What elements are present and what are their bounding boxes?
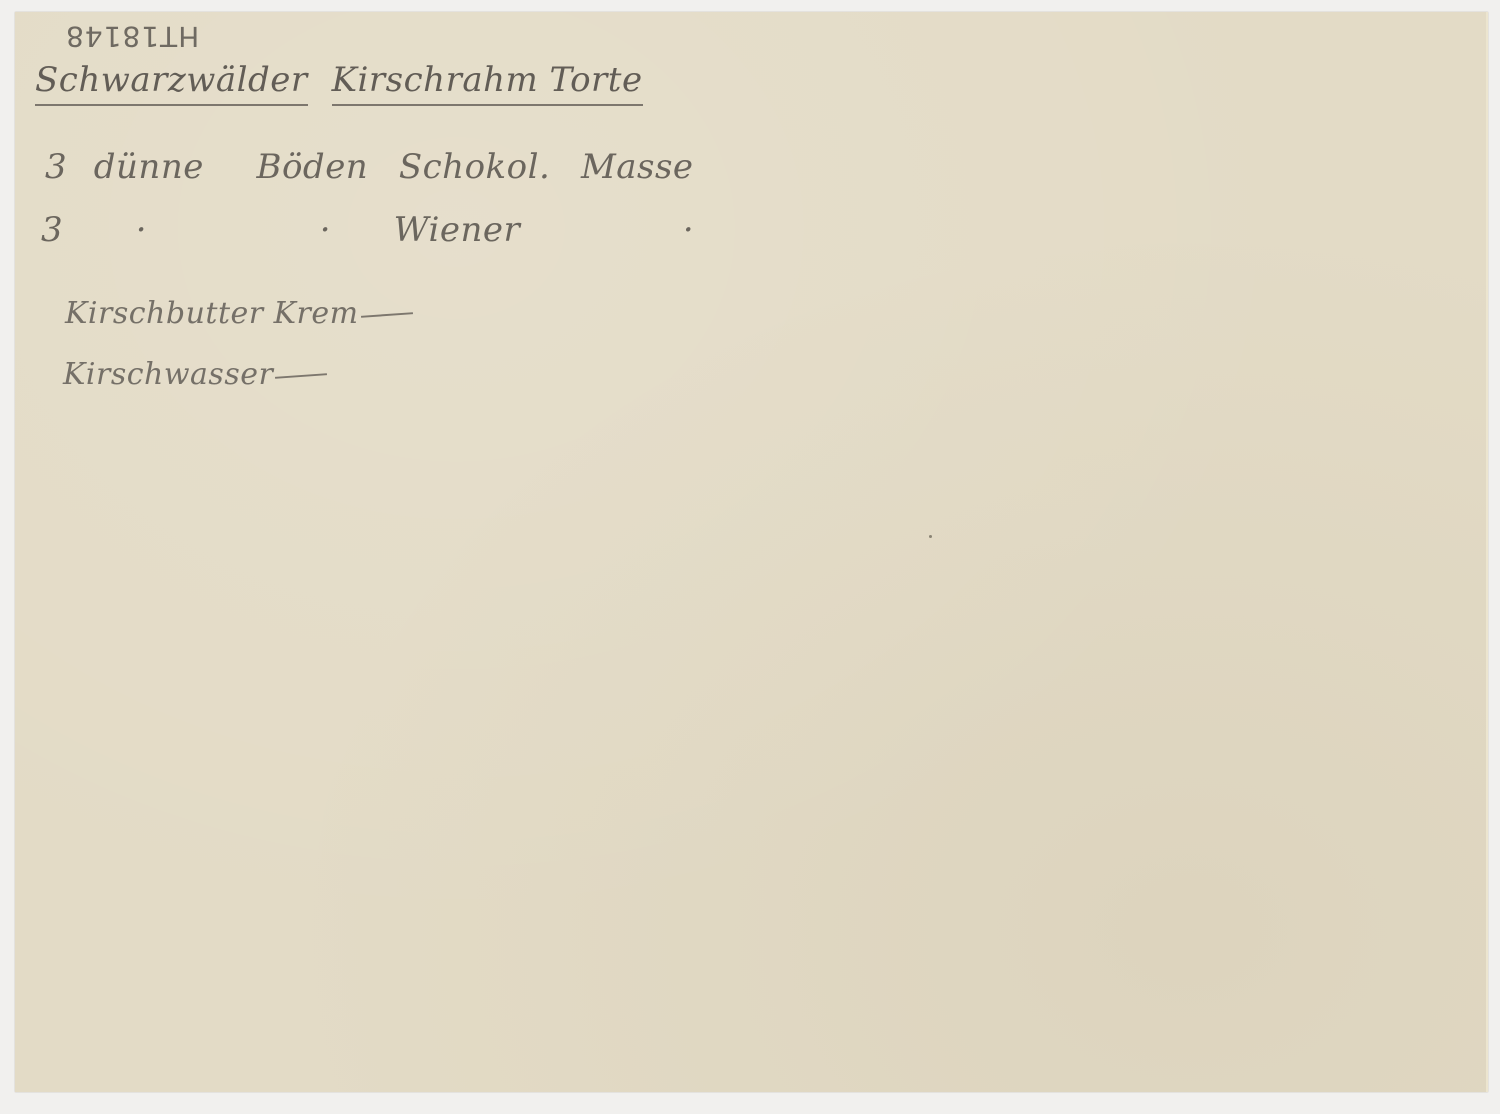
quantity: 3 (45, 147, 67, 187)
pen-stroke (275, 373, 327, 379)
ingredient-word: dünne (94, 147, 204, 187)
recipe-title: SchwarzwälderKirschrahm Torte (35, 60, 667, 106)
ingredient-text: Kirschbutter Krem (65, 296, 359, 331)
ingredient-word: Schokol. (399, 147, 550, 187)
ditto-mark: · (683, 210, 694, 250)
accession-number: HT18148 (65, 20, 199, 53)
ingredient-line-1: 3 dünne Böden Schokol. Masse (45, 147, 694, 187)
paper-speck (929, 535, 932, 538)
title-word-2: Kirsch (332, 60, 446, 106)
quantity: 3 (41, 210, 63, 250)
ingredient-word: Wiener (394, 210, 521, 250)
ingredient-word: Böden (256, 147, 368, 187)
ingredient-word: Masse (581, 147, 694, 187)
recipe-card: HT18148 SchwarzwälderKirschrahm Torte 3 … (15, 12, 1488, 1092)
ingredient-text: Kirschwasser (63, 357, 273, 392)
title-word-3: rahm Torte (446, 60, 643, 106)
ingredient-line-3: Kirschbutter Krem (65, 296, 413, 331)
pen-stroke (361, 312, 413, 318)
ingredient-line-2: 3 · · Wiener · (41, 210, 694, 250)
ditto-mark: · (320, 210, 331, 250)
ditto-mark: · (136, 210, 147, 250)
title-word-1: Schwarzwälder (35, 60, 308, 106)
ingredient-line-4: Kirschwasser (63, 357, 327, 392)
